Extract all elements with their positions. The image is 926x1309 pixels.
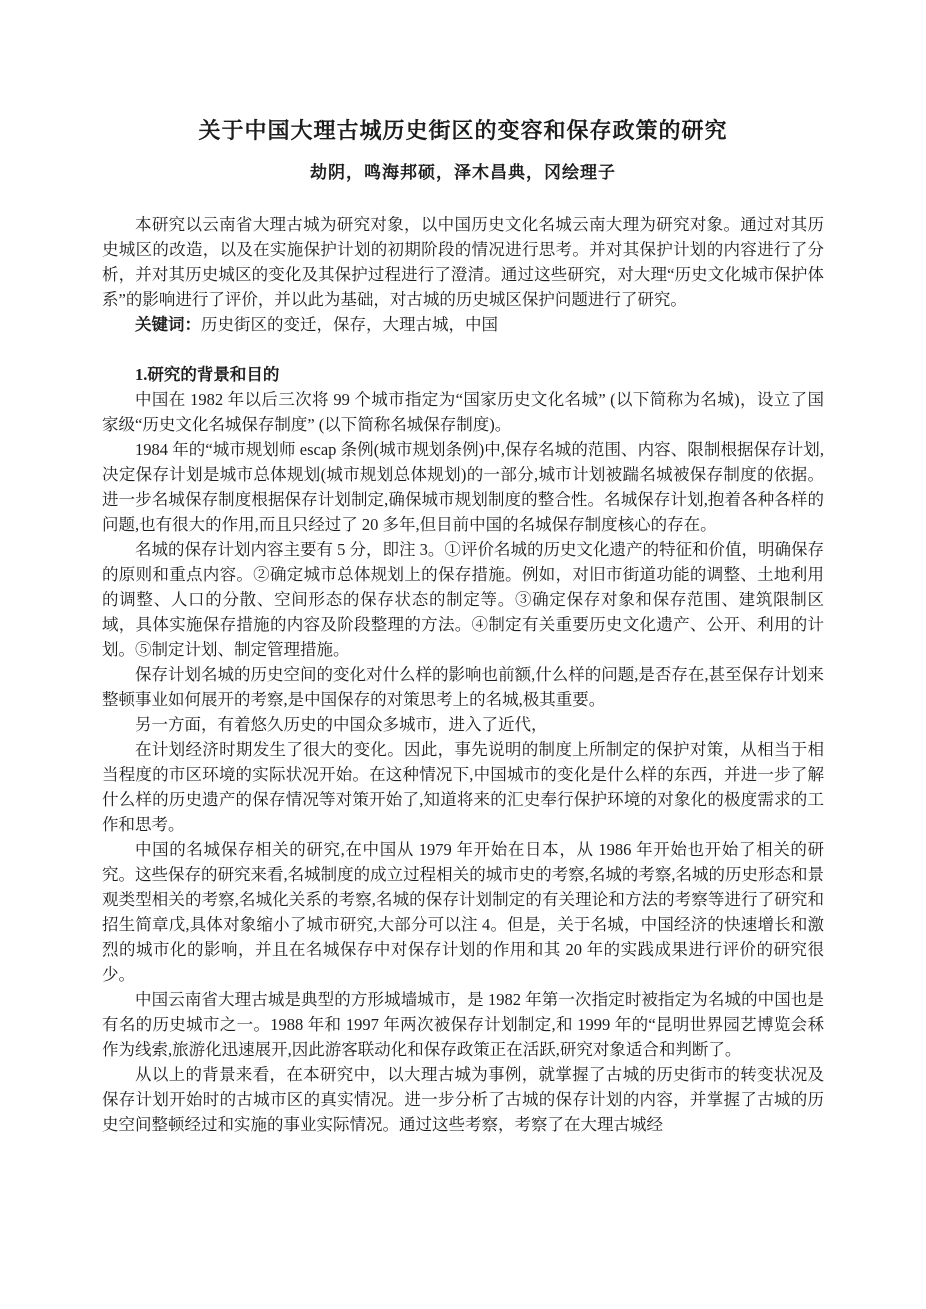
keywords-text: 历史街区的变迁，保存，大理古城，中国 (201, 315, 498, 334)
keywords-label: 关键词： (135, 315, 201, 334)
section-1-heading: 1.研究的背景和目的 (102, 362, 824, 387)
section-1-paragraph-2: 1984 年的“城市规划师 escap 条例(城市规划条例)中,保存名城的范围、… (102, 437, 824, 537)
section-1-paragraph-5: 另一方面，有着悠久历史的中国众多城市，进入了近代， (102, 712, 824, 737)
section-1-paragraph-8: 中国云南省大理古城是典型的方形城墙城市，是 1982 年第一次指定时被指定为名城… (102, 987, 824, 1062)
section-1-paragraph-6: 在计划经济时期发生了很大的变化。因此，事先说明的制度上所制定的保护对策，从相当于… (102, 737, 824, 837)
paper-title: 关于中国大理古城历史街区的变容和保存政策的研究 (102, 116, 824, 146)
abstract-paragraph: 本研究以云南省大理古城为研究对象，以中国历史文化名城云南大理为研究对象。通过对其… (102, 212, 824, 312)
authors-line: 劫阴，鸣海邦硕，泽木昌典，冈绘理子 (102, 162, 824, 184)
keywords-line: 关键词：历史街区的变迁，保存，大理古城，中国 (102, 312, 824, 337)
document-body: 本研究以云南省大理古城为研究对象，以中国历史文化名城云南大理为研究对象。通过对其… (102, 212, 824, 1137)
section-1-paragraph-4: 保存计划名城的历史空间的变化对什么样的影响也前额,什么样的问题,是否存在,甚至保… (102, 662, 824, 712)
document-page: 关于中国大理古城历史街区的变容和保存政策的研究 劫阴，鸣海邦硕，泽木昌典，冈绘理… (0, 0, 926, 1309)
section-1-paragraph-7: 中国的名城保存相关的研究,在中国从 1979 年开始在日本，从 1986 年开始… (102, 837, 824, 987)
section-1-paragraph-9: 从以上的背景来看，在本研究中，以大理古城为事例，就掌握了古城的历史街市的转变状况… (102, 1062, 824, 1137)
section-1-paragraph-1: 中国在 1982 年以后三次将 99 个城市指定为“国家历史文化名城” (以下简… (102, 387, 824, 437)
section-1-paragraph-3: 名城的保存计划内容主要有 5 分，即注 3。①评价名城的历史文化遗产的特征和价值… (102, 537, 824, 662)
